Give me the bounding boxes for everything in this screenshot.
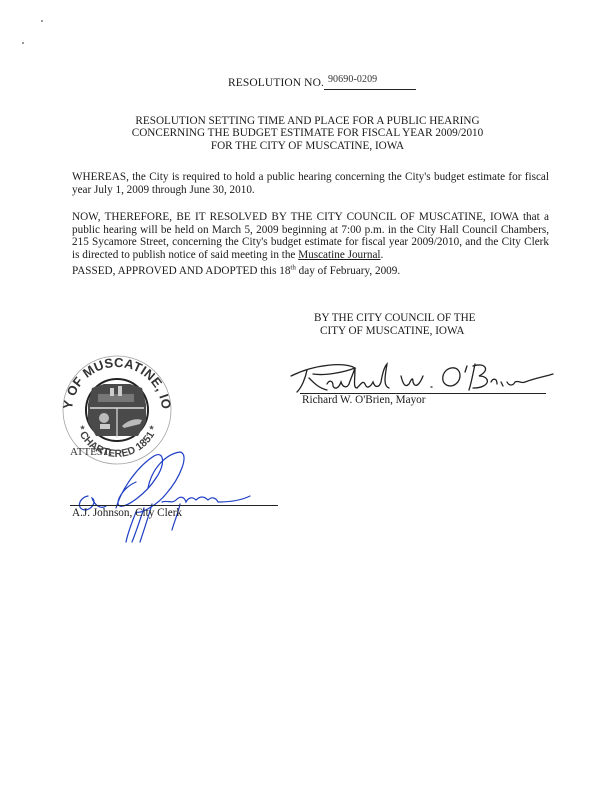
clerk-signature-line — [70, 505, 278, 506]
resolution-label: RESOLUTION NO. — [228, 77, 324, 89]
resolution-number-line: RESOLUTION NO.90690-0209 — [228, 77, 416, 90]
resolved-paragraph: NOW, THEREFORE, BE IT RESOLVED BY THE CI… — [72, 211, 549, 261]
resolved-end: . — [381, 249, 384, 261]
title-line: CONCERNING THE BUDGET ESTIMATE FOR FISCA… — [0, 127, 615, 139]
resolution-number-field: 90690-0209 — [324, 77, 416, 90]
council-line-2: CITY OF MUSCATINE, IOWA — [314, 325, 476, 338]
council-block: BY THE CITY COUNCIL OF THE CITY OF MUSCA… — [314, 312, 476, 337]
whereas-paragraph: WHEREAS, the City is required to hold a … — [72, 171, 549, 196]
passed-paragraph: PASSED, APPROVED AND ADOPTED this 18th d… — [72, 265, 549, 278]
passed-date: day of February, 2009. — [296, 265, 400, 277]
passed-text: PASSED, APPROVED AND ADOPTED this 18 — [72, 265, 290, 277]
scan-speck — [22, 42, 24, 44]
scan-speck — [41, 20, 43, 22]
council-line-1: BY THE CITY COUNCIL OF THE — [314, 312, 476, 325]
clerk-signature-icon — [70, 448, 270, 543]
clerk-name: A.J. Johnson, City Clerk — [72, 507, 182, 519]
resolution-number: 90690-0209 — [328, 74, 377, 85]
resolution-title: RESOLUTION SETTING TIME AND PLACE FOR A … — [0, 115, 615, 152]
title-line: FOR THE CITY OF MUSCATINE, IOWA — [0, 140, 615, 152]
title-line: RESOLUTION SETTING TIME AND PLACE FOR A … — [0, 115, 615, 127]
mayor-name: Richard W. O'Brien, Mayor — [302, 394, 426, 406]
publication-name: Muscatine Journal — [298, 249, 380, 261]
